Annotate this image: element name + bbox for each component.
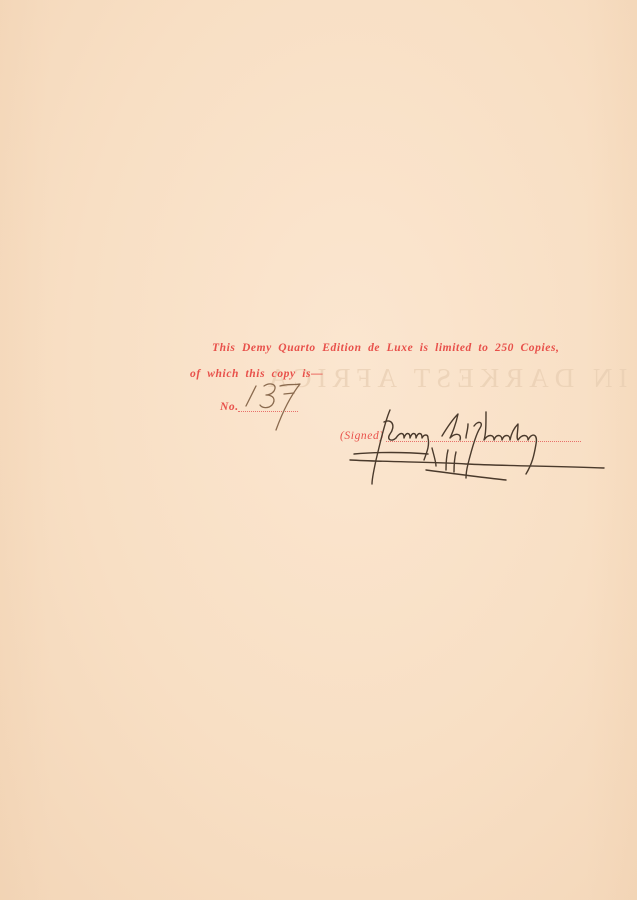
- number-rule: [238, 411, 298, 412]
- signed-label: (Signed): [340, 430, 384, 442]
- limitation-statement: This Demy Quarto Edition de Luxe is limi…: [212, 342, 560, 354]
- signature-rule: [386, 441, 581, 442]
- paper-texture: [0, 0, 637, 900]
- limitation-page: IN DARKEST AFRICA This Demy Quarto Editi…: [0, 0, 637, 900]
- number-label: No.: [220, 401, 239, 413]
- signature-henry-m-stanley: [346, 404, 608, 488]
- copy-statement: of which this copy is—: [190, 368, 323, 380]
